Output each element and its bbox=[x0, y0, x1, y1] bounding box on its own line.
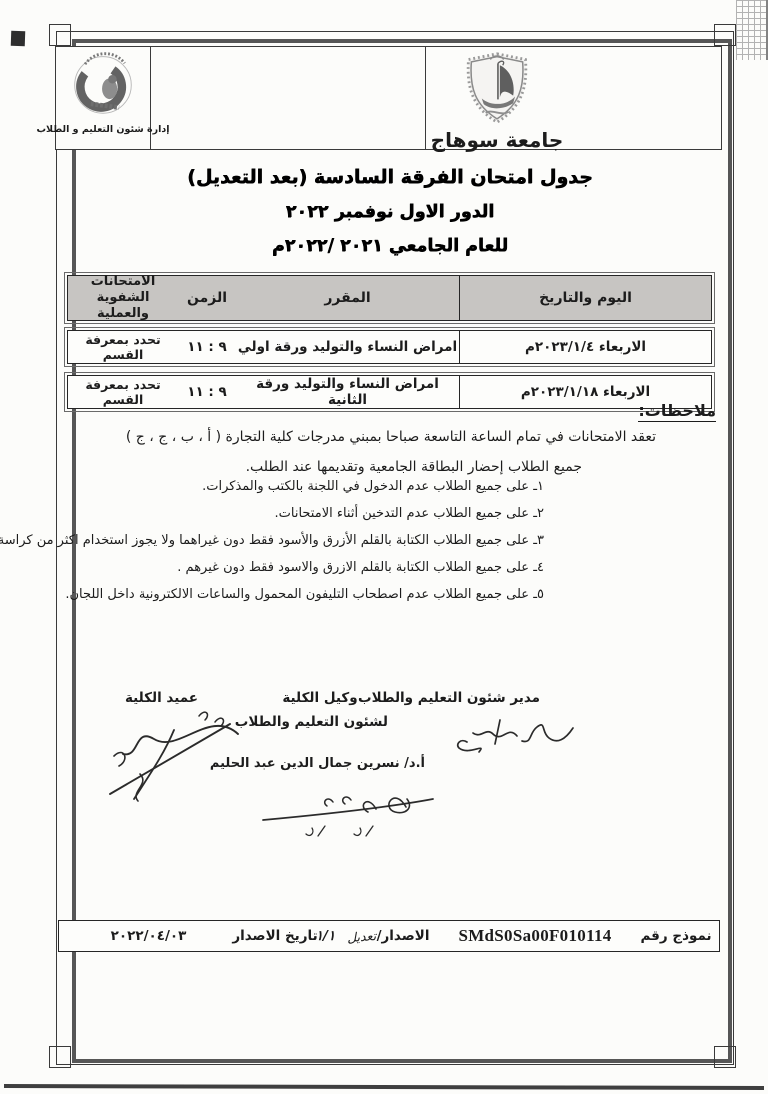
frame-corner-square bbox=[714, 1046, 736, 1068]
document-title-line-2: الدور الاول نوفمبر ٢٠٢٢ bbox=[60, 202, 720, 222]
director-title: مدير شئون التعليم والطلاب bbox=[358, 690, 540, 706]
cell-oral: تحدد بمعرفة القسم bbox=[68, 376, 178, 408]
cell-course: امراض النساء والتوليد ورقة الثانية bbox=[236, 376, 459, 408]
notes-heading: ملاحظات: bbox=[638, 401, 716, 422]
issue-label-printed: الاصدار/ bbox=[377, 928, 430, 944]
scan-grid-artifact bbox=[736, 0, 768, 60]
cell-time: ٩ : ١١ bbox=[178, 331, 236, 363]
note-intro-1: تعقد الامتحانات في تمام الساعة التاسعة ص… bbox=[126, 429, 656, 445]
vice-dean-title-2: لشئون التعليم والطلاب bbox=[248, 714, 388, 730]
exam-schedule-table: اليوم والتاريخ المقرر الزمن الامتحانات ا… bbox=[67, 275, 712, 420]
header-empty-cell bbox=[151, 47, 426, 149]
note-item-4: ٤ـ على جميع الطلاب الكتابة بالقلم الازرق… bbox=[0, 560, 544, 575]
cell-time: ٩ : ١١ bbox=[178, 376, 236, 408]
scanned-document-page: إدارة شئون التعليم و الطلاب bbox=[0, 0, 768, 1094]
document-title-line-1: جدول امتحان الفرقة السادسة (بعد التعديل) bbox=[60, 166, 720, 188]
header-time: الزمن bbox=[178, 276, 236, 320]
form-number-label: نموذج رقم bbox=[633, 921, 719, 951]
issue-date-label: تاريخ الاصدار bbox=[238, 921, 312, 951]
university-header-cell: جامعة سوهاج bbox=[426, 47, 721, 149]
issue-date-value: ٢٠٢٢/٠٤/٠٣ bbox=[59, 921, 238, 951]
issue-label-handwritten: تعديل bbox=[346, 928, 376, 945]
document-title-line-3: للعام الجامعي ٢٠٢١ /٢٠٢٢م bbox=[60, 236, 720, 256]
scan-edge-line bbox=[4, 1084, 764, 1089]
note-intro-2: جميع الطلاب إحضار البطاقة الجامعية وتقدي… bbox=[246, 459, 582, 475]
director-signature bbox=[445, 708, 580, 770]
cell-date: الاربعاء ٢٠٢٣/١/٤م bbox=[459, 331, 711, 363]
frame-corner-square bbox=[49, 24, 71, 46]
university-shield-icon bbox=[458, 50, 536, 130]
frame-corner-square bbox=[714, 24, 736, 46]
dean-signature bbox=[78, 698, 253, 817]
university-name: جامعة سوهاج bbox=[431, 128, 564, 152]
scan-corner-mark bbox=[11, 31, 26, 46]
cell-course: امراض النساء والتوليد ورقة اولي bbox=[236, 331, 459, 363]
header-box: إدارة شئون التعليم و الطلاب bbox=[55, 46, 722, 150]
header-oral: الامتحانات الشفوية والعملية bbox=[68, 276, 178, 320]
admin-label: إدارة شئون التعليم و الطلاب bbox=[37, 124, 170, 135]
note-item-1: ١ـ على جميع الطلاب عدم الدخول في اللجنة … bbox=[0, 479, 544, 494]
frame-corner-square bbox=[49, 1046, 71, 1068]
notes-list: ١ـ على جميع الطلاب عدم الدخول في اللجنة … bbox=[0, 479, 544, 614]
exam-table-row: الاربعاء ٢٠٢٣/١/١٨م امراض النساء والتولي… bbox=[67, 375, 712, 409]
exam-table-row: الاربعاء ٢٠٢٣/١/٤م امراض النساء والتوليد… bbox=[67, 330, 712, 364]
form-footer-bar: نموذج رقم SMdS0Sa00F010114 الاصدار/ تعدي… bbox=[58, 920, 720, 952]
note-item-5: ٥ـ على جميع الطلاب عدم اصطحاب التليفون ا… bbox=[0, 587, 544, 602]
vice-dean-signature bbox=[255, 778, 440, 844]
issue-label: الاصدار/ تعديل bbox=[339, 921, 437, 951]
cell-oral: تحدد بمعرفة القسم bbox=[68, 331, 178, 363]
admin-header-cell: إدارة شئون التعليم و الطلاب bbox=[56, 47, 151, 149]
note-item-2: ٢ـ على جميع الطلاب عدم التدخين أثناء الا… bbox=[0, 506, 544, 521]
form-serial: SMdS0Sa00F010114 bbox=[437, 921, 633, 951]
admin-logo-icon bbox=[70, 50, 136, 122]
header-course: المقرر bbox=[236, 276, 459, 320]
note-item-3: ٣ـ على جميع الطلاب الكتابة بالقلم الأزرق… bbox=[0, 533, 544, 548]
vice-dean-title-1: وكيل الكلية bbox=[270, 690, 370, 706]
exam-table-header-row: اليوم والتاريخ المقرر الزمن الامتحانات ا… bbox=[67, 275, 712, 321]
header-date: اليوم والتاريخ bbox=[459, 276, 711, 320]
